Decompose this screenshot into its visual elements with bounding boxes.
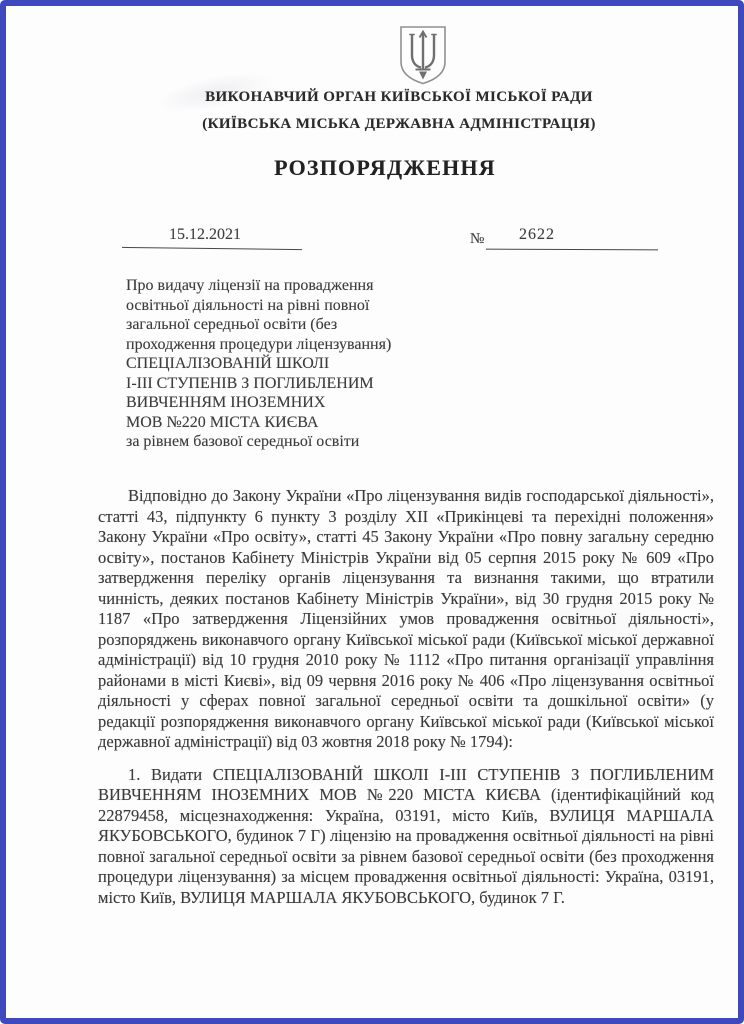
document-number: 2622 — [487, 226, 587, 244]
subject-line: І-ІІІ СТУПЕНІВ З ПОГЛИБЛЕНИМ — [126, 374, 438, 394]
subject-line: Про видачу ліцензії на провадження — [126, 276, 438, 296]
subject-line: ВИВЧЕННЯМ ІНОЗЕМНИХ — [126, 393, 438, 413]
preamble-paragraph: Відповідно до Закону України «Про ліценз… — [98, 486, 714, 753]
issuing-authority-line1: ВИКОНАВЧИЙ ОРГАН КИЇВСЬКОЇ МІСЬКОЇ РАДИ — [0, 89, 744, 106]
date-underline-rule — [122, 247, 302, 250]
ukraine-trident-emblem-icon — [394, 24, 452, 86]
issuing-authority-line2: (КИЇВСЬКА МІСЬКА ДЕРЖАВНА АДМІНІСТРАЦІЯ) — [0, 116, 744, 133]
subject-line: проходження процедури ліцензування) — [126, 335, 438, 355]
document-body: Відповідно до Закону України «Про ліценз… — [98, 486, 714, 908]
scanned-document: ВИКОНАВЧИЙ ОРГАН КИЇВСЬКОЇ МІСЬКОЇ РАДИ … — [0, 0, 744, 1024]
subject-line: за рівнем базової середньої освіти — [126, 432, 438, 452]
subject-line: МОВ №220 МІСТА КИЄВА — [126, 413, 438, 433]
subject-line: загальної середньої освіти (без — [126, 315, 438, 335]
subject-line: СПЕЦІАЛІЗОВАНІЙ ШКОЛІ — [126, 354, 438, 374]
subject-block: Про видачу ліцензії на провадження освіт… — [126, 276, 438, 452]
document-type-title: РОЗПОРЯДЖЕННЯ — [0, 155, 744, 181]
subject-line: освітньої діяльності на рівні повної — [126, 296, 438, 316]
document-date: 15.12.2021 — [115, 226, 295, 244]
resolution-item-1-paragraph: 1. Видати СПЕЦІАЛІЗОВАНІЙ ШКОЛІ І-ІІІ СТ… — [98, 765, 714, 909]
number-sign-label: № — [470, 231, 484, 248]
decree-document-page: ВИКОНАВЧИЙ ОРГАН КИЇВСЬКОЇ МІСЬКОЇ РАДИ … — [0, 0, 744, 1024]
number-underline-rule — [486, 249, 658, 251]
